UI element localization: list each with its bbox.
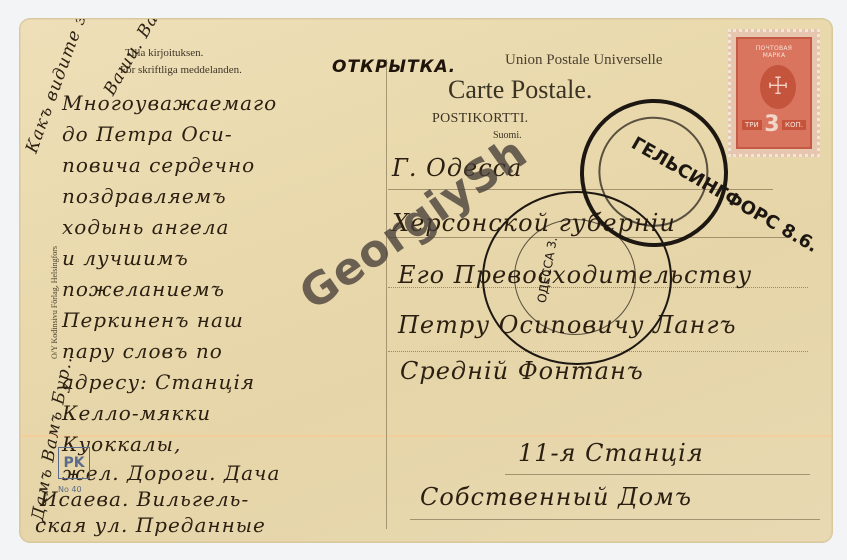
message-line: Келло-мякки [62, 401, 211, 425]
address-line: 11-я Станція [518, 439, 704, 467]
union-postale-text: Union Postale Universelle [505, 52, 662, 69]
message-line: ская ул. Преданные [35, 513, 266, 537]
stamp-face: ПОЧТОВАЯ МАРКА ☩ ТРИ 3 КОП. [736, 37, 812, 149]
message-line: Перкиненъ наш [62, 308, 244, 332]
publisher-logo: PK [58, 447, 90, 479]
address-line: Собственный Домъ [420, 483, 692, 511]
catalog-number: No 40 [58, 485, 82, 494]
postcard: Tilla kirjoituksen. För skriftliga medde… [20, 19, 832, 542]
message-address-divider [386, 59, 387, 529]
message-line: жел. Дороги. Дача [62, 461, 280, 485]
publisher-imprint: O/Y Kodinsivu Förlag, Helsingfors [50, 246, 59, 359]
message-line: пару словъ по [62, 339, 223, 363]
message-line: пожеланиемъ [62, 277, 225, 301]
address-rule [505, 474, 810, 475]
message-line: повича сердечно [62, 153, 255, 177]
vertical-note: Ваши. Ваше [100, 19, 177, 99]
postikortti-title: POSTIKORTTI. [432, 111, 528, 127]
handwritten-header: ОТКРЫТКА. [332, 57, 456, 77]
message-line: поздравляемъ [62, 184, 227, 208]
message-label-sv: För skriftliga meddelanden. [120, 64, 242, 76]
message-line: до Петра Оси- [62, 122, 233, 146]
address-line: Средній Фонтанъ [400, 357, 644, 385]
message-line: ходынь ангела [62, 215, 229, 239]
address-rule [410, 519, 820, 520]
postmark-odessa: ОДЕССА 3. [482, 191, 672, 365]
carte-postale-title: Carte Postale. [448, 75, 592, 105]
message-line: адресу: Станція [62, 370, 255, 394]
message-line: Многоуважаемаго [62, 91, 277, 115]
postage-stamp: ПОЧТОВАЯ МАРКА ☩ ТРИ 3 КОП. [728, 29, 820, 157]
stamp-header: ПОЧТОВАЯ МАРКА [744, 45, 804, 59]
double-headed-eagle-icon: ☩ [760, 65, 796, 109]
message-line: и лучшимъ [62, 246, 189, 270]
stamp-value: ТРИ 3 КОП. [742, 112, 806, 137]
